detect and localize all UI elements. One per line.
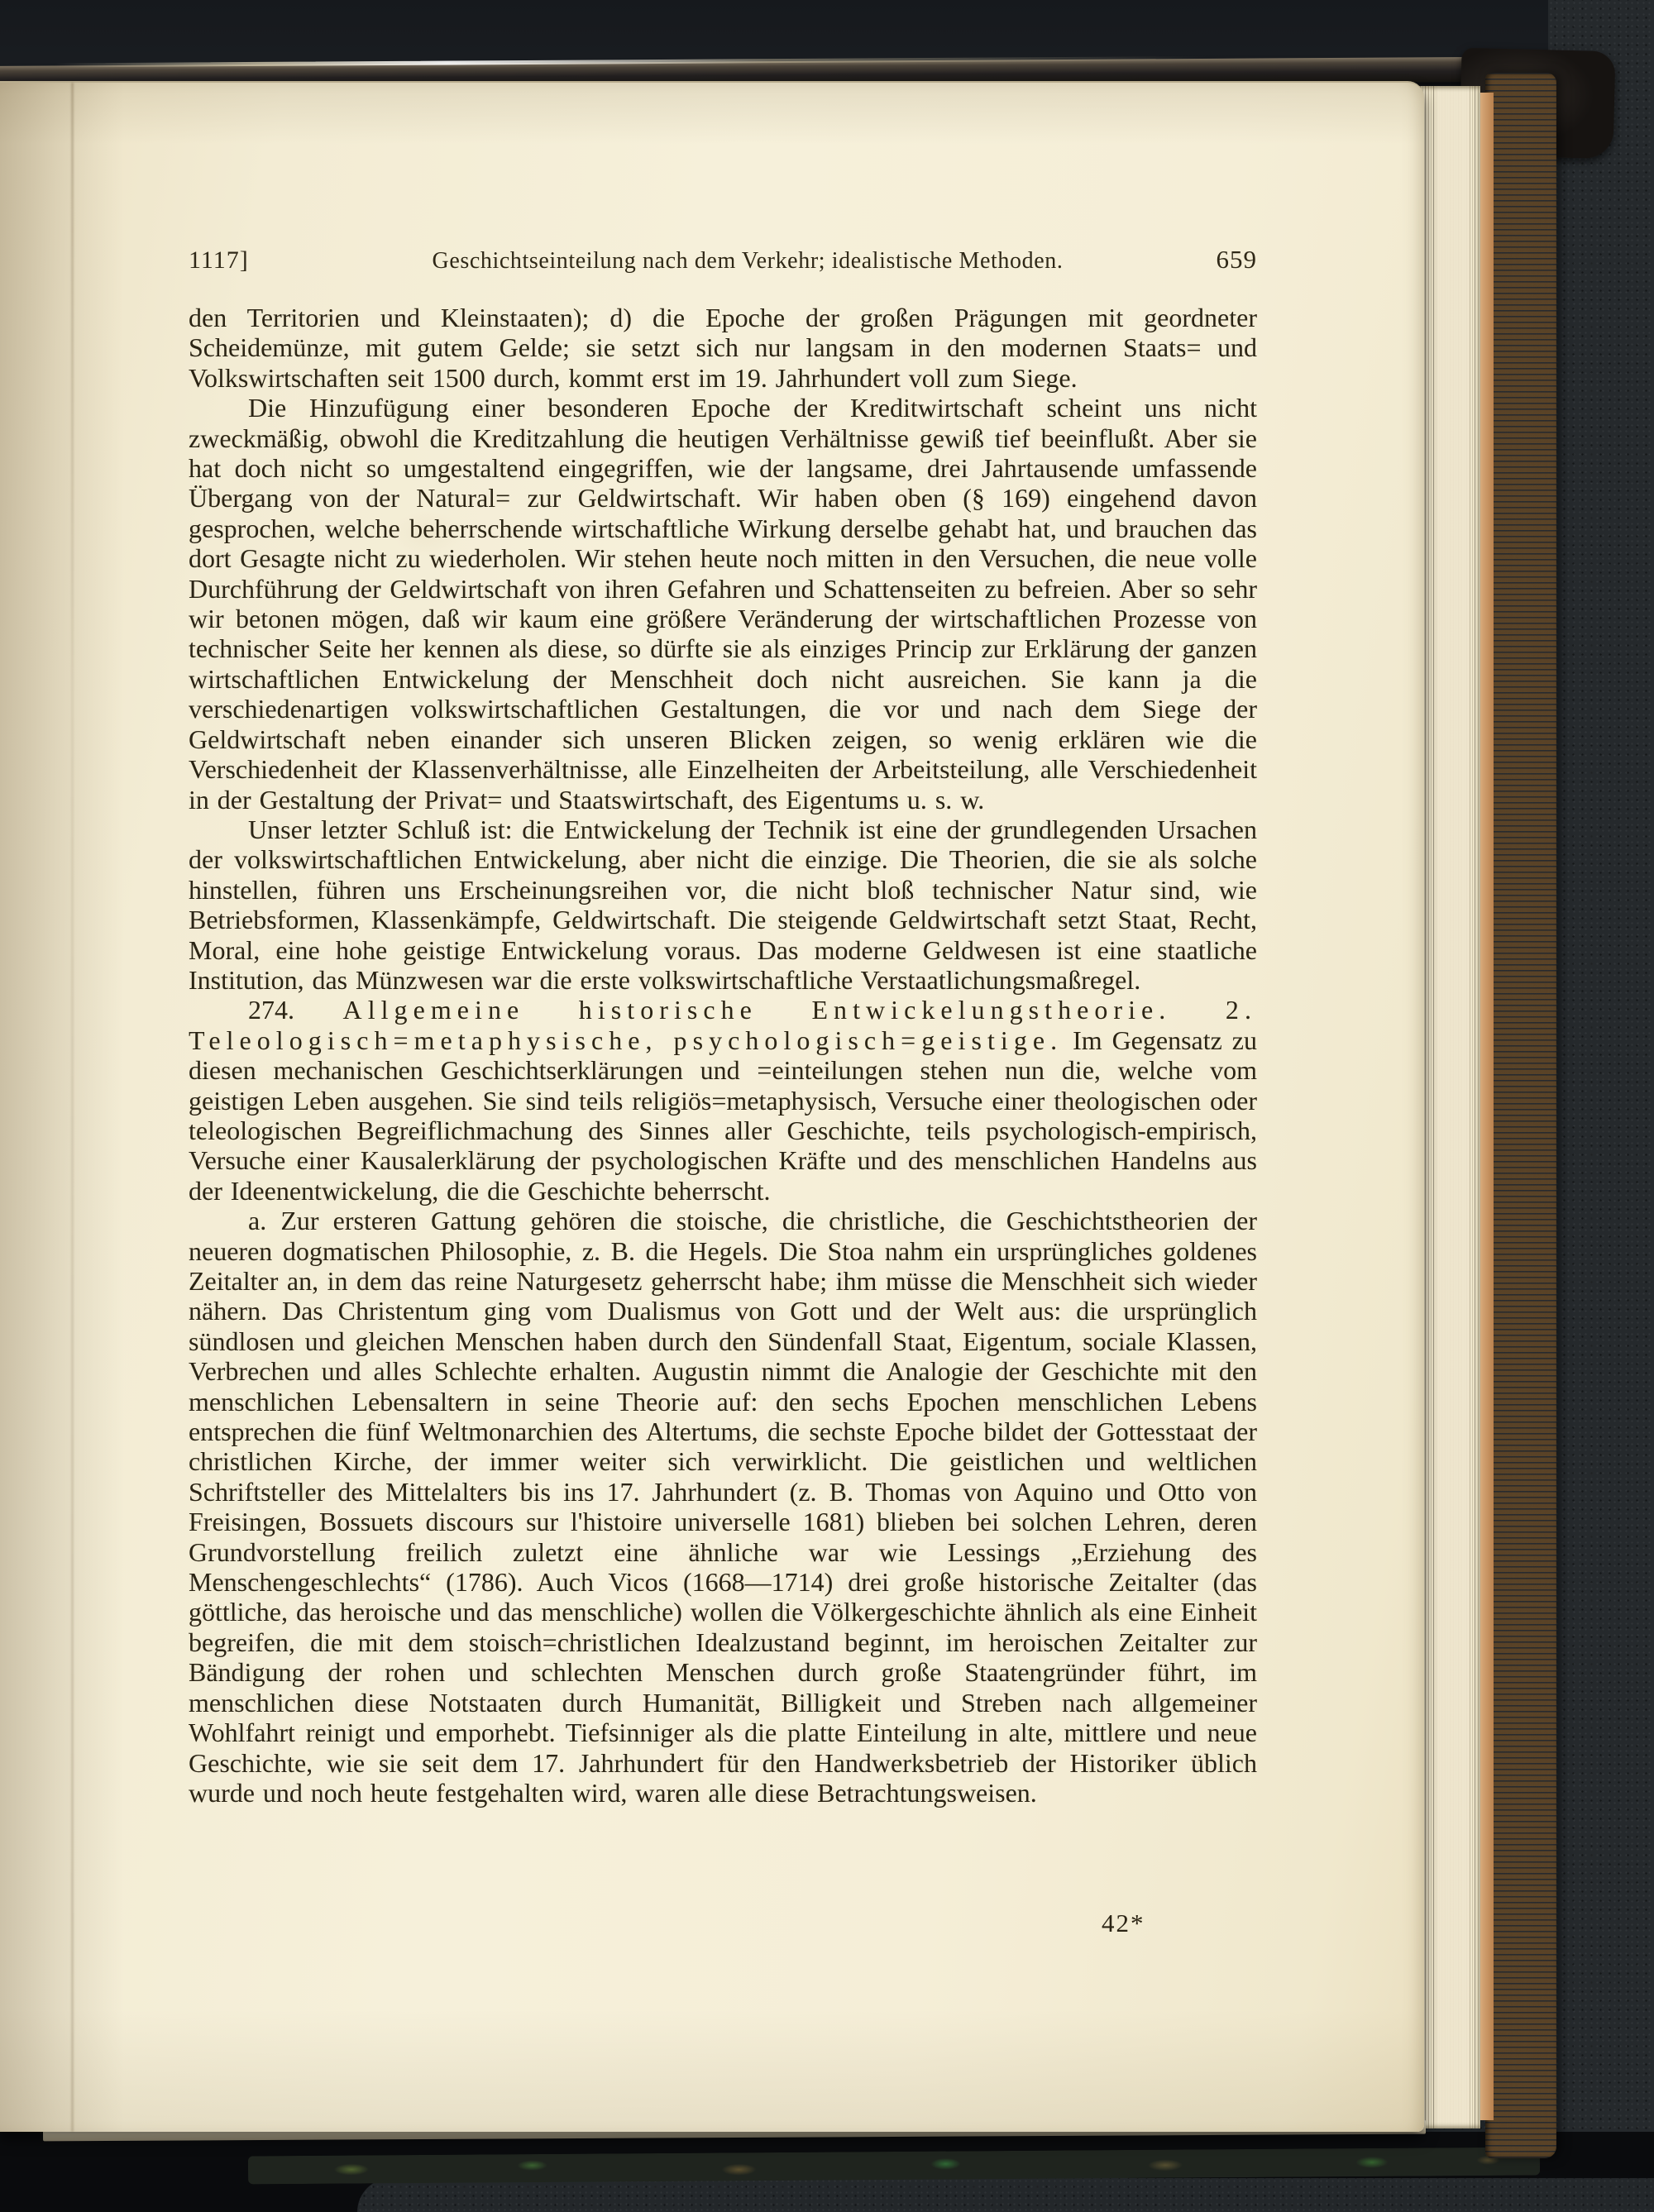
backdrop-right (1548, 0, 1654, 2212)
body-paragraph-4-section-274: 274. Allgemeine historische Entwickelung… (189, 995, 1257, 1206)
book-page: 1117] Geschichtseinteilung nach dem Verk… (0, 81, 1424, 2132)
gutter-shadow (0, 83, 124, 2132)
gutter-crease (71, 83, 74, 2132)
section-number: 274. (248, 995, 343, 1025)
printers-signature: 42* (1102, 1909, 1145, 1938)
body-paragraph-3: Unser letzter Schluß ist: die Entwickelu… (189, 815, 1257, 995)
body-paragraph-1: den Territorien und Kleinstaaten); d) di… (189, 303, 1257, 393)
backdrop-bottom (357, 2178, 1654, 2212)
running-title: Geschichtseinteilung nach dem Verkehr; i… (346, 248, 1150, 275)
cover-right-marbled-edge (1485, 73, 1556, 2158)
column-number: 1117] (189, 246, 346, 275)
body-paragraph-5: a. Zur ersteren Gattung gehören die stoi… (189, 1206, 1257, 1808)
running-head: 1117] Geschichtseinteilung nach dem Verk… (189, 245, 1257, 275)
body-text: den Territorien und Kleinstaaten); d) di… (189, 303, 1257, 1808)
body-paragraph-2: Die Hinzufügung einer besonderen Epoche … (189, 393, 1257, 815)
book-photo: 1117] Geschichtseinteilung nach dem Verk… (0, 0, 1654, 2212)
page-number: 659 (1150, 245, 1257, 275)
